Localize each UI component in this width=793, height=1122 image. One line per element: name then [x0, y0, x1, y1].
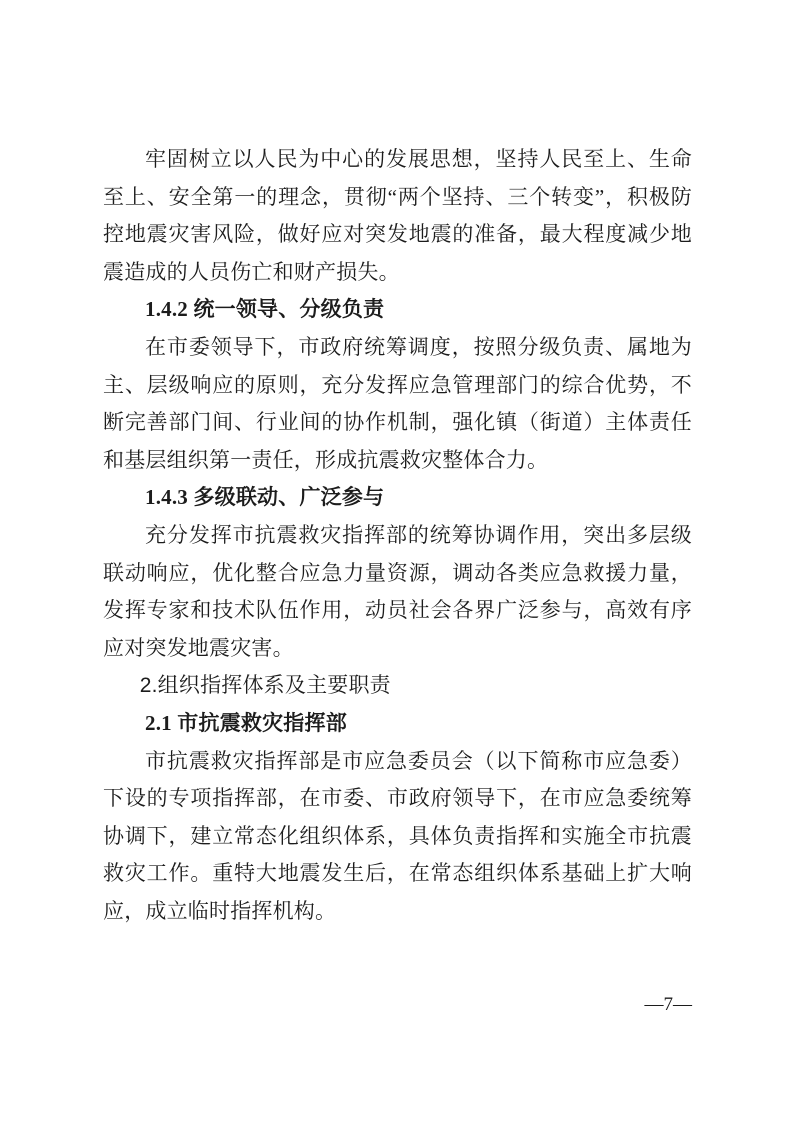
- document-page: { "page": { "background_color": "#ffffff…: [0, 0, 793, 1122]
- body-paragraph: 牢固树立以人民为中心的发展思想，坚持人民至上、生命至上、安全第一的理念，贯彻“两…: [103, 141, 692, 291]
- body-paragraph: 充分发挥市抗震救灾指挥部的统筹协调作用，突出多层级联动响应，优化整合应急力量资源…: [103, 517, 692, 667]
- body-paragraph: 在市委领导下，市政府统筹调度，按照分级负责、属地为主、层级响应的原则，充分发挥应…: [103, 329, 692, 479]
- section-heading: 2.组织指挥体系及主要职责: [103, 667, 692, 705]
- page-number: —7—: [645, 993, 693, 1017]
- page-background: 牢固树立以人民为中心的发展思想，坚持人民至上、生命至上、安全第一的理念，贯彻“两…: [0, 0, 793, 1122]
- body-paragraph: 市抗震救灾指挥部是市应急委员会（以下简称市应急委）下设的专项指挥部，在市委、市政…: [103, 743, 692, 931]
- sub-heading: 2.1 市抗震救灾指挥部: [103, 705, 692, 743]
- sub-heading: 1.4.2 统一领导、分级负责: [103, 291, 692, 329]
- sub-heading: 1.4.3 多级联动、广泛参与: [103, 479, 692, 517]
- document-body: 牢固树立以人民为中心的发展思想，坚持人民至上、生命至上、安全第一的理念，贯彻“两…: [103, 141, 692, 930]
